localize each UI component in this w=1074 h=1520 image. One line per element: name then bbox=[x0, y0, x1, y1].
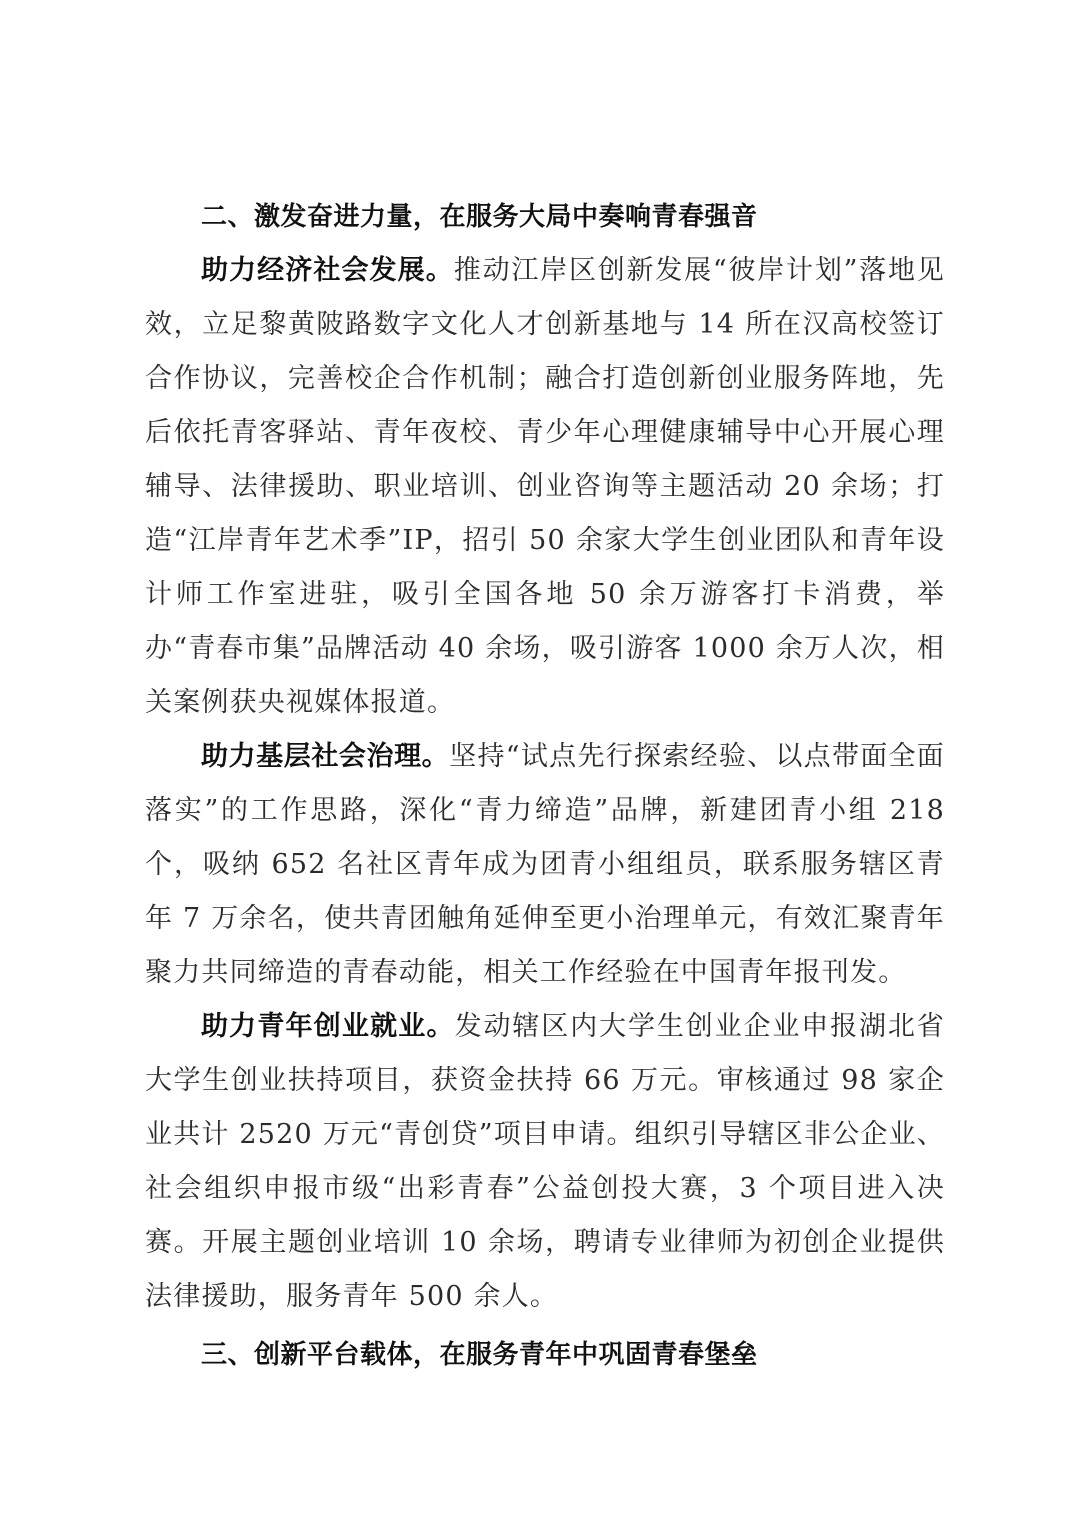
document-page: 二、激发奋进力量，在服务大局中奏响青春强音 助力经济社会发展。推动江岸区创新发展… bbox=[145, 190, 945, 1382]
section-heading-3: 三、创新平台载体，在服务青年中巩固青春堡垒 bbox=[145, 1328, 945, 1382]
paragraph-body: 推动江岸区创新发展“彼岸计划”落地见效，立足黎黄陂路数字文化人才创新基地与 14… bbox=[145, 255, 945, 718]
paragraph-body: 发动辖区内大学生创业企业申报湖北省大学生创业扶持项目，获资金扶持 66 万元。审… bbox=[145, 1011, 945, 1312]
paragraph-lead: 助力青年创业就业。 bbox=[201, 1011, 455, 1042]
paragraph-body: 坚持“试点先行探索经验、以点带面全面落实”的工作思路，深化“青力缔造”品牌，新建… bbox=[145, 741, 945, 988]
paragraph-lead: 助力基层社会治理。 bbox=[201, 741, 449, 772]
section-heading-2: 二、激发奋进力量，在服务大局中奏响青春强音 bbox=[145, 190, 945, 244]
paragraph-lead: 助力经济社会发展。 bbox=[201, 255, 454, 286]
paragraph-grassroots-governance: 助力基层社会治理。坚持“试点先行探索经验、以点带面全面落实”的工作思路，深化“青… bbox=[145, 730, 945, 1000]
paragraph-youth-employment: 助力青年创业就业。发动辖区内大学生创业企业申报湖北省大学生创业扶持项目，获资金扶… bbox=[145, 1000, 945, 1324]
paragraph-economic-development: 助力经济社会发展。推动江岸区创新发展“彼岸计划”落地见效，立足黎黄陂路数字文化人… bbox=[145, 244, 945, 730]
